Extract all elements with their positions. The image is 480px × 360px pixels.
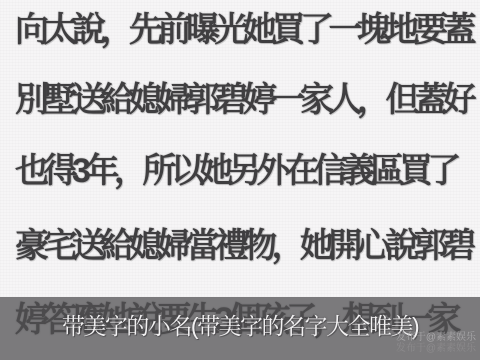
watermark-line-1: 发布于@素素娱乐	[396, 332, 476, 343]
publisher-watermark: 发布于@素素娱乐 发布于@素素娱乐	[396, 332, 476, 354]
watermark-line-2: 发布于@素素娱乐	[396, 343, 476, 354]
caption-banner: 婷答應她說要生3個孩子，想到一家 带美字的小名(带美字的名字大全唯美) 发布于@…	[0, 297, 480, 360]
article-line-4: 豪宅送給媳婦當禮物，她開心說郭碧	[0, 224, 480, 268]
article-line-3: 也得3年，所以她另外在信義區買了	[0, 149, 480, 193]
news-text-image: 向太說，先前曝光她買了一塊地要蓋 別墅送給媳婦郭碧婷一家人，但蓋好 也得3年，所…	[0, 0, 480, 360]
article-line-2: 別墅送給媳婦郭碧婷一家人，但蓋好	[0, 78, 480, 122]
article-line-1: 向太說，先前曝光她買了一塊地要蓋	[0, 8, 480, 52]
